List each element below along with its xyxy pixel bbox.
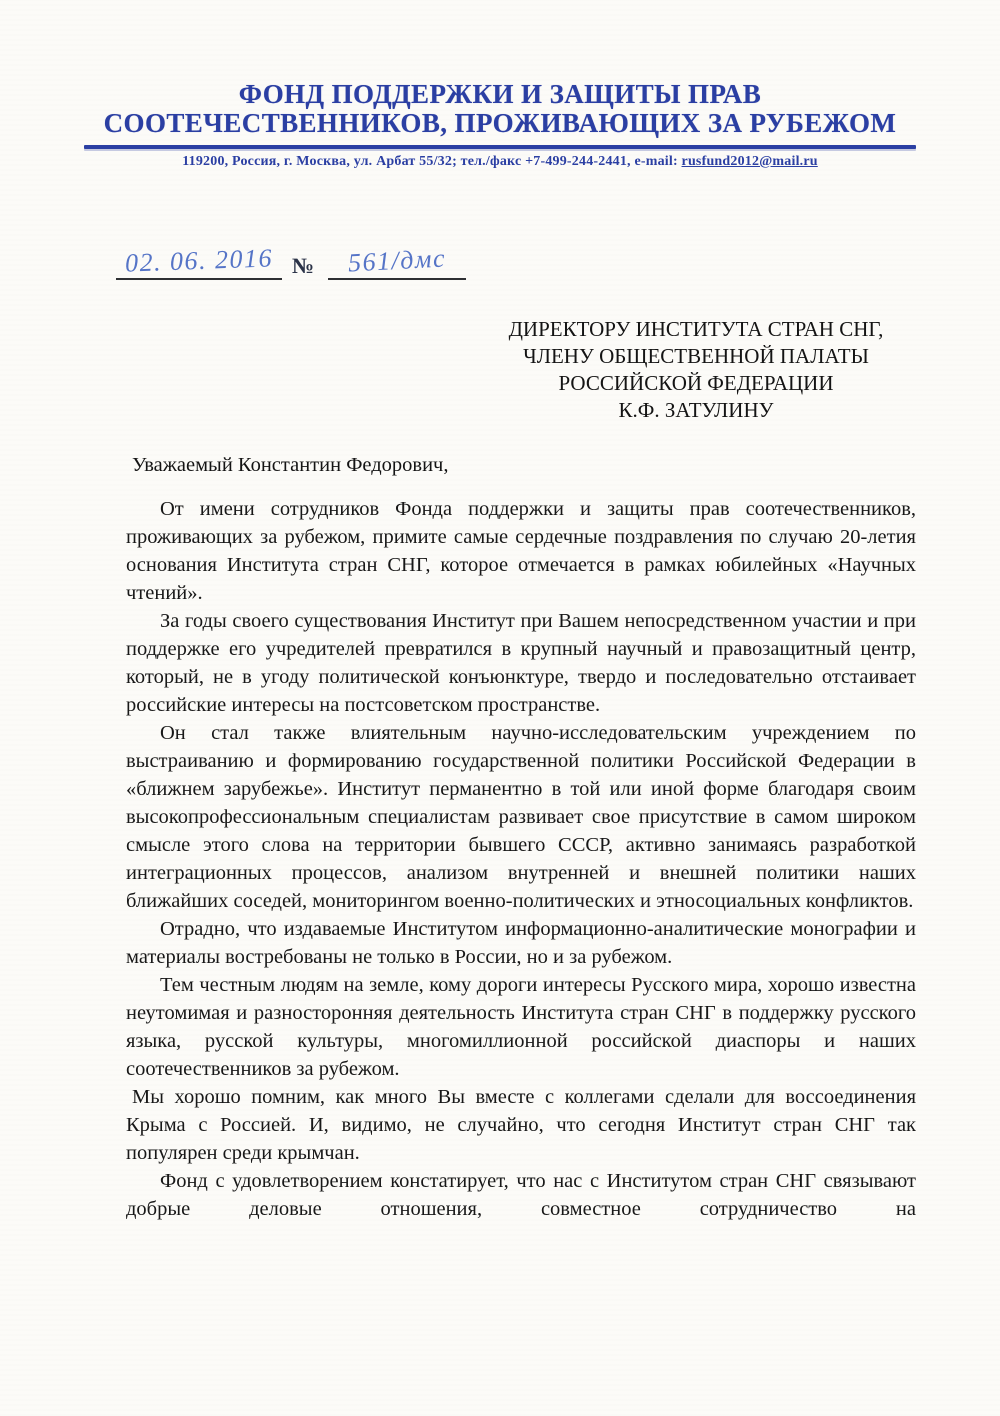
letter-body: От имени сотрудников Фонда поддержки и з… xyxy=(126,495,916,1223)
letterhead-address: 119200, Россия, г. Москва, ул. Арбат 55/… xyxy=(0,154,1000,170)
recipient-line: ЧЛЕНУ ОБЩЕСТВЕННОЙ ПАЛАТЫ xyxy=(478,343,914,370)
date-underline: 02. 06. 2016 xyxy=(116,248,282,280)
org-name-line2: СООТЕЧЕСТВЕННИКОВ, ПРОЖИВАЮЩИХ ЗА РУБЕЖО… xyxy=(0,109,1000,138)
number-sign: № xyxy=(292,255,314,277)
recipient-line: ДИРЕКТОРУ ИНСТИТУТА СТРАН СНГ, xyxy=(478,316,914,343)
reference-line: 02. 06. 2016 № 561/дмс xyxy=(116,228,1000,280)
paragraph-6: Мы хорошо помним, как много Вы вместе с … xyxy=(126,1083,916,1167)
paragraph-1: От имени сотрудников Фонда поддержки и з… xyxy=(126,495,916,607)
paragraph-7: Фонд с удовлетворением констатирует, что… xyxy=(126,1167,916,1223)
letterhead-divider xyxy=(84,145,916,149)
number-underline: 561/дмс xyxy=(328,248,466,280)
letterhead: ФОНД ПОДДЕРЖКИ И ЗАЩИТЫ ПРАВ СООТЕЧЕСТВЕ… xyxy=(0,0,1000,170)
paragraph-4: Отрадно, что издаваемые Институтом инфор… xyxy=(126,915,916,971)
recipient-block: ДИРЕКТОРУ ИНСТИТУТА СТРАН СНГ, ЧЛЕНУ ОБЩ… xyxy=(478,316,914,424)
salutation: Уважаемый Константин Федорович, xyxy=(0,454,1000,477)
paragraph-2: За годы своего существования Институт пр… xyxy=(126,607,916,719)
handwritten-number: 561/дмс xyxy=(347,245,446,276)
handwritten-date: 02. 06. 2016 xyxy=(125,245,274,276)
paragraph-3: Он стал также влиятельным научно-исследо… xyxy=(126,719,916,915)
paragraph-5: Тем честным людям на земле, кому дороги … xyxy=(126,971,916,1083)
email-link[interactable]: rusfund2012@mail.ru xyxy=(682,154,818,169)
recipient-line: РОССИЙСКОЙ ФЕДЕРАЦИИ xyxy=(478,370,914,397)
org-name-line1: ФОНД ПОДДЕРЖКИ И ЗАЩИТЫ ПРАВ xyxy=(0,80,1000,109)
address-text: 119200, Россия, г. Москва, ул. Арбат 55/… xyxy=(182,154,681,169)
scanned-letter-page: ФОНД ПОДДЕРЖКИ И ЗАЩИТЫ ПРАВ СООТЕЧЕСТВЕ… xyxy=(0,0,1000,1416)
recipient-line: К.Ф. ЗАТУЛИНУ xyxy=(478,397,914,424)
